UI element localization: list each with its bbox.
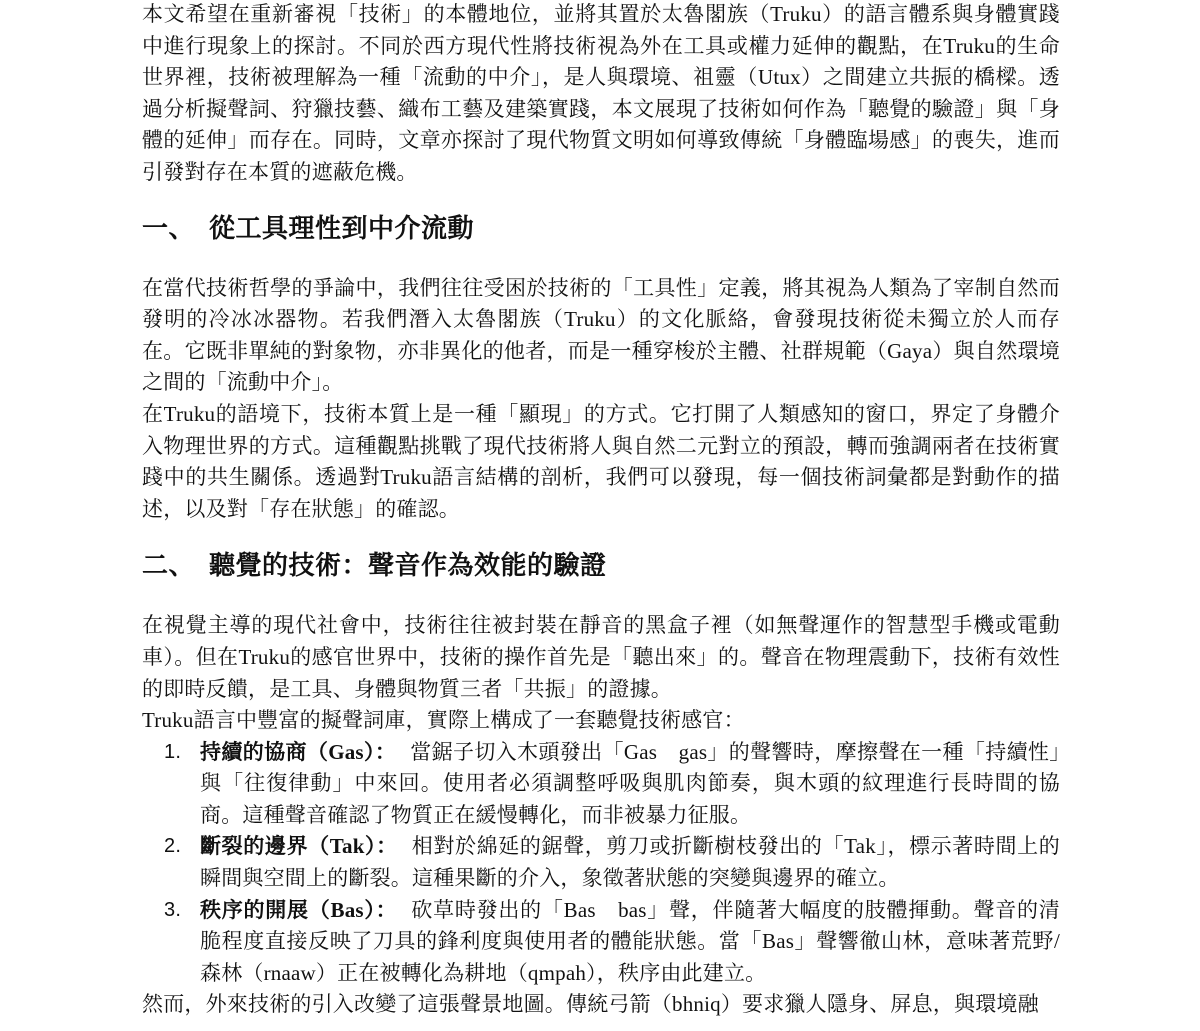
body-paragraph: 在Truku的語境下，技術本質上是一種「顯現」的方式。它打開了人類感知的窗口，界… [142, 399, 1060, 525]
section-heading-1: 一、從工具理性到中介流動 [142, 212, 1060, 246]
list-item: 1. 持續的協商（Gas）：當鋸子切入木頭發出「Gas gas」的聲響時，摩擦聲… [142, 737, 1060, 832]
section-title: 從工具理性到中介流動 [209, 214, 474, 243]
body-paragraph: 然而，外來技術的引入改變了這張聲景地圖。傳統弓箭（bhniq）要求獵人隱身、屏息… [142, 989, 1060, 1021]
list-item: 2. 斷裂的邊界（Tak）：相對於綿延的鋸聲，剪刀或折斷樹枝發出的「Tak」，標… [142, 831, 1060, 894]
list-term: 斷裂的邊界（Tak）： [200, 834, 398, 858]
section-number: 二、 [142, 551, 195, 580]
list-term: 秩序的開展（Bas）： [200, 898, 397, 922]
section-title: 聽覺的技術：聲音作為效能的驗證 [209, 551, 607, 580]
list-term: 持續的協商（Gas）： [200, 740, 396, 764]
document-page: 本文希望在重新審視「技術」的本體地位，並將其置於太魯閣族（Truku）的語言體系… [142, 0, 1060, 1021]
section-number: 一、 [142, 214, 195, 243]
abstract-paragraph: 本文希望在重新審視「技術」的本體地位，並將其置於太魯閣族（Truku）的語言體系… [142, 0, 1060, 189]
list-marker: 1. [164, 737, 181, 769]
list-item: 3. 秩序的開展（Bas）：砍草時發出的「Bas bas」聲，伴隨著大幅度的肢體… [142, 895, 1060, 990]
body-paragraph: 在視覺主導的現代社會中，技術往往被封裝在靜音的黑盒子裡（如無聲運作的智慧型手機或… [142, 610, 1060, 705]
list-marker: 3. [164, 895, 181, 927]
list-marker: 2. [164, 831, 181, 863]
section-heading-2: 二、聽覺的技術：聲音作為效能的驗證 [142, 549, 1060, 583]
body-paragraph: 在當代技術哲學的爭論中，我們往往受困於技術的「工具性」定義，將其視為人類為了宰制… [142, 273, 1060, 399]
body-paragraph: Truku語言中豐富的擬聲詞庫，實際上構成了一套聽覺技術感官： [142, 705, 1060, 737]
onomatopoeia-list: 1. 持續的協商（Gas）：當鋸子切入木頭發出「Gas gas」的聲響時，摩擦聲… [142, 737, 1060, 990]
